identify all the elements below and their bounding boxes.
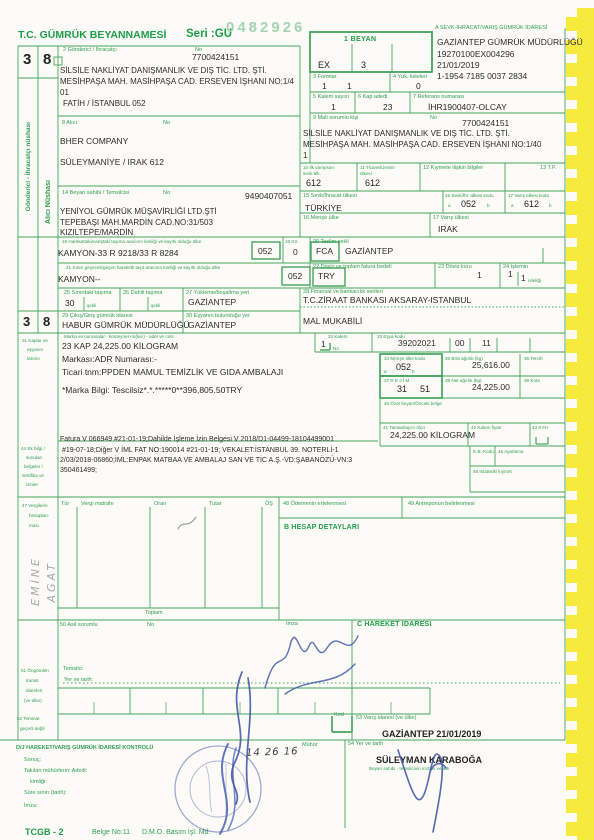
- box22-currency: TRY: [318, 272, 335, 282]
- box32-no-label: No: [333, 346, 339, 351]
- box21-label: 21 Sınırı geçecek/geçen hareketli taşıt …: [66, 265, 220, 270]
- signature-tall: [216, 668, 266, 808]
- box34-origin-code: 052: [396, 362, 411, 372]
- margin-handwriting-2: AGAT: [44, 552, 59, 612]
- box11-label2: ülkesi: [360, 171, 372, 176]
- box23-rate: 1: [477, 271, 482, 281]
- footer-belge-no: Belge No:11: [92, 829, 130, 837]
- box17a-a: a: [511, 203, 514, 208]
- box31-marks-header: Marka ve numaralar - konteyner no(ları) …: [64, 334, 174, 339]
- box34-label: 34 Menşe ülke kodu: [384, 356, 425, 361]
- box9-address: MESİHPAŞA MAH. MASİHPAŞA CAD. ERSEVEN İŞ…: [303, 140, 541, 149]
- box33-hs-code2: 00: [455, 339, 464, 349]
- box53-arrival-office: GAZİANTEP 21/01/2019: [382, 729, 481, 739]
- box31-label: tanımı: [27, 356, 40, 361]
- box1-label: 1 BEYAN: [344, 36, 377, 44]
- box6-label: 6 Kap adedi: [358, 94, 387, 100]
- box27-label: 27 Yükleme/boşaltma yeri: [186, 290, 249, 296]
- box19-label: 19 Ktr.: [285, 239, 298, 244]
- box9-tax-no: 7700424151: [462, 119, 509, 129]
- box39-label: 39 Kota: [524, 378, 540, 383]
- box31-brand-info: *Marka Bilgi: Tescilsiz*.*.*****0**396,8…: [62, 386, 242, 396]
- copy-strip-inner: Alıcı Nüshası: [40, 152, 56, 252]
- box33-hs-code: 39202021: [398, 339, 436, 349]
- box9-address: SİLSİLE NAKLİYAT DANIŞMANLIK VE DIŞ TİC.…: [303, 129, 510, 138]
- box47-col-matrah: Vergi matrahı: [81, 501, 114, 507]
- box30-goods-location: GAZİANTEP: [188, 321, 236, 331]
- margin-handwriting-1: EMİNE: [28, 546, 43, 616]
- box44-label: sertifika ve: [22, 473, 44, 478]
- box31-description: Ticari tnm:PPDEN MAMUL TEMİZLİK VE GIDA …: [62, 368, 283, 378]
- box24-label: 24 İşlemin: [503, 264, 528, 270]
- box47-label: ması: [29, 523, 39, 528]
- box20-place: GAZİANTEP: [345, 247, 393, 257]
- box44-documents: 350461499;: [60, 467, 97, 475]
- box6-value: 23: [383, 103, 392, 113]
- box31-packages: 23 KAP 24,225.00 KİLOGRAM: [62, 342, 178, 352]
- box47-col-tur: Tür: [61, 501, 69, 507]
- box49-label: 49 Antreponun belirlenmesi: [408, 501, 475, 507]
- muhur-adedi-label: Takılan mühürlerin: Adedi:: [24, 768, 87, 774]
- footer-printer: D.M.O. Basım İşl. Md.: [142, 829, 210, 837]
- copy-digit-right: 8: [43, 51, 51, 68]
- box1-value-ex: EX: [318, 60, 330, 70]
- box42-label: 42 Kalem fiyatı: [471, 425, 501, 430]
- box28-payment-method: MAL MUKABİLİ: [303, 317, 362, 327]
- box44-label: izinler: [26, 482, 38, 487]
- box47-label: hesaplan-: [29, 513, 49, 518]
- box2-tax-no: 7700424151: [192, 53, 239, 63]
- box50-no-label: No: [147, 622, 154, 628]
- box17-label: 17 Varış ülkesi: [433, 215, 469, 221]
- box25-label: 25 Sınırdaki taşıma: [64, 290, 111, 296]
- box51-label: 51 Öngörülen: [21, 668, 49, 673]
- box29-label: 29 Çıkış/Giriş gümrük idaresi: [62, 313, 133, 319]
- box7-value: İHR1900407-OLCAY: [428, 103, 507, 113]
- imza-label: İmza:: [24, 803, 37, 809]
- box17-value: IRAK: [438, 225, 458, 235]
- box14-tax-no: 9490407051: [245, 192, 292, 202]
- box11-label: 11 Ticaret/Üretim: [360, 165, 395, 170]
- copy-digit-left-2: 3: [23, 315, 30, 330]
- box24-value1: 1: [508, 270, 513, 280]
- pencil-check-mark: [175, 514, 199, 534]
- box23-label: 23 Döviz kuru: [438, 264, 472, 270]
- box3-label: 3 Formlar: [313, 74, 337, 80]
- box32-item-no: 1: [321, 340, 326, 350]
- box15a-b: b: [487, 203, 490, 208]
- box8-consignee-city: SÜLEYMANİYE / IRAK 612: [60, 158, 164, 168]
- box24-suffix: niteliği: [528, 278, 541, 283]
- box4-value: 0: [416, 82, 421, 92]
- box48-label: 48 Ödemenin ertelenmesi: [283, 501, 346, 507]
- box3-value2: 1: [347, 82, 352, 92]
- box29-customs-office: HABUR GÜMRÜK MÜDÜRLÜĞÜ: [62, 321, 190, 331]
- box2-address: MESİHPAŞA MAH. MASİHPAŞA CAD. ERSEVEN İŞ…: [60, 77, 294, 86]
- box14-address: YENİYOL GÜMRÜK MÜŞAVİRLİĞİ LTD.ŞTİ: [60, 207, 217, 216]
- boxA-line: 19270100EX004296: [437, 50, 515, 60]
- box54-label: 54 Yer ve tarih: [348, 741, 383, 747]
- box15a-label: 15 Sevk/İhr. ülkesi kodu: [445, 193, 494, 198]
- box21-vehicle: KAMYON--: [58, 275, 101, 285]
- box51-label: idareleri: [26, 688, 42, 693]
- box44-documents: 2/03/2018-06860;İML:ENPAK MATBAA VE AMBA…: [60, 457, 352, 465]
- box50-yer-label: Yer ve tarih:: [64, 677, 93, 683]
- box9-address: 1: [303, 151, 307, 160]
- box46-label: 46 İstatistiki kıymet: [473, 469, 512, 474]
- boxA-label: A SEVK-İHRACAT/VARIŞ GÜMRÜK İDARESİ: [435, 25, 547, 31]
- box7-label: 7 Referans numarası: [413, 94, 464, 100]
- box11-value: 612: [365, 178, 380, 188]
- box37-label: 37 R E J İ M: [384, 378, 409, 383]
- box14-label: 14 Beyan sahibi / Temsilcisi: [62, 190, 129, 196]
- kimligi-label: kimliği:: [30, 779, 47, 785]
- box8-consignee-name: BHER COMPANY: [60, 137, 128, 147]
- section-c-label: C HAREKET İDARESİ: [357, 621, 432, 629]
- box52-kod-label: Kod: [334, 712, 344, 718]
- box47-col-os: ÖŞ: [265, 501, 273, 507]
- box51-label: (ve ülke): [24, 698, 42, 703]
- box19-value: 0: [293, 248, 298, 258]
- box18-country-code: 052: [258, 247, 272, 257]
- box37-regime1: 31: [397, 384, 407, 394]
- box9-label: 9 Mali sorumlu kişi: [313, 115, 358, 121]
- box51-label: transit: [26, 678, 39, 683]
- box18-vehicle: KAMYON-33 R 9218/33 R 8284: [58, 249, 178, 259]
- copy-digit-right-2: 8: [43, 315, 50, 330]
- signature-responsible: [255, 616, 365, 706]
- box17a-label: 17 Varış ülkesi kodu: [508, 193, 549, 198]
- box14-address: KIZILTEPE/MARDİN: [60, 228, 133, 237]
- box16-label: 16 Menşe ülke: [303, 215, 339, 221]
- declarant-name: SÜLEYMAN KARABOĞA: [376, 755, 482, 765]
- box10-value: 612: [306, 178, 321, 188]
- box2-address: 01: [60, 88, 69, 97]
- box47-total-label: Toplam: [145, 610, 163, 616]
- box12-label: 12 Kıymete ilişkin bilgiler: [423, 165, 483, 171]
- perforation-notches: [566, 8, 577, 840]
- section-b-label: B HESAP DETAYLARI: [284, 524, 359, 532]
- box15a-value: 052: [461, 199, 476, 209]
- box47-col-tutar: Tutar: [209, 501, 222, 507]
- box25-suffix: şekli: [87, 303, 96, 308]
- box37-regime2: 51: [420, 384, 430, 394]
- box44-documents: #19-07-18;Diğer V İML FAT NO:190014 #21-…: [62, 447, 339, 455]
- box14-address: TEPEBAŞI MAH.MARDİN CAD.NO:31/503: [60, 218, 213, 227]
- box2-address: FATİH / İSTANBUL 052: [63, 99, 146, 108]
- box17a-value: 612: [524, 199, 539, 209]
- box22-label: 22 Döviz ve toplam fatura bedeli: [313, 264, 392, 270]
- copy-strip-outer: Gönderici - İhracatçı nüshası: [20, 88, 36, 246]
- footer-form-code: TCGB - 2: [25, 827, 64, 837]
- boxA-line: GAZİANTEP GÜMRÜK MÜDÜRLÜĞÜ: [437, 38, 583, 48]
- box18-label: 18 Hareketteki/varıştaki taşıma aracının…: [62, 239, 201, 244]
- box2-address: SİLSİLE NAKLİYAT DANIŞMANLIK VE DIŞ TİC.…: [60, 66, 267, 75]
- box3-value1: 1: [322, 82, 327, 92]
- box15a-a: a: [448, 203, 451, 208]
- box53-label: 53 Varış idaresi (ve ülke): [356, 715, 416, 721]
- box44-label: belgeler /: [24, 464, 43, 469]
- muhur-label: Mühür: [302, 742, 318, 748]
- box5-value: 1: [331, 103, 336, 113]
- box26-suffix: şekli: [151, 303, 160, 308]
- box13-label: 13 T.P.: [540, 165, 556, 171]
- box41-supplementary-units: 24,225.00 KİLOGRAM: [390, 431, 475, 441]
- customs-declaration-page: T.C. GÜMRÜK BEYANNAMESİ Seri :GU 0482926…: [0, 0, 594, 840]
- box15-label: 15 Sevk/İhracat ülkesi: [303, 193, 357, 199]
- box33-hs-code3: 11: [482, 339, 491, 349]
- box24-value2: 1: [521, 274, 526, 284]
- boxA-line: 1-1954 7185 0037 2834: [437, 72, 527, 82]
- box1-value-3: 3: [361, 60, 366, 70]
- box40-label: 40 Özet beyan/Önceki belge: [384, 401, 442, 406]
- box28-bank: T.C.ZİRAAT BANKASI AKSARAY-ISTANBUL: [303, 296, 471, 306]
- sonuc-label: Sonuç:: [24, 757, 41, 763]
- box15-value: TÜRKİYE: [305, 204, 342, 214]
- box35-gross-weight: 25,616.00: [472, 361, 510, 371]
- box20-label: 20 Teslim şekli: [313, 239, 349, 245]
- box32-label: 32 Kalem: [328, 334, 347, 339]
- box26-label: 26 Dahili taşıma: [123, 290, 162, 296]
- box36-label: 36 Tercih: [524, 356, 543, 361]
- box44-documents: Fatura V 066949 #21-01-19;Dahilde İşleme…: [60, 436, 334, 444]
- box30-label: 30 Eşyanın bulunduğu yer: [186, 313, 250, 319]
- box54-sub-label: Beyan sahibi - temsilcinin imzası ve adı: [369, 766, 449, 771]
- serial-number: 0482926: [226, 19, 305, 36]
- box52-label: 52 Teminat: [17, 716, 39, 721]
- box8-no-label: No: [163, 120, 170, 126]
- box47-col-oran: Oran: [154, 501, 166, 507]
- box50-label: 50 Asıl sorumlu: [60, 622, 98, 628]
- form-title: T.C. GÜMRÜK BEYANNAMESİ: [18, 29, 166, 41]
- box45-label: 45 Ayarlama: [498, 449, 523, 454]
- sure-siniri-label: Süre sınırı (tarih):: [24, 790, 67, 796]
- box31-label: 31 Kaplar ve: [22, 338, 48, 343]
- box34-a: a: [384, 369, 387, 374]
- box47-label: 47 Vergilerin: [22, 503, 48, 508]
- box50-temsilci-label: Temsilci: [63, 666, 83, 672]
- box8-label: 8 Alıcı: [62, 120, 77, 126]
- box14-no-label: No: [163, 190, 170, 196]
- box44-label: sunulan: [26, 455, 42, 460]
- boxA-line: 21/01/2019: [437, 61, 480, 71]
- box38-net-weight: 24,225.00: [472, 383, 510, 393]
- box20-incoterm: FCA: [316, 247, 333, 257]
- box9-no-label: No: [430, 115, 437, 121]
- box31-marks: Markası:ADR Numarası:-: [62, 355, 157, 365]
- stamp-time-handwritten: 14 26 16: [246, 746, 299, 759]
- box27-place: GAZİANTEP: [188, 298, 236, 308]
- box44-label: 44 Ek bilgi /: [21, 446, 45, 451]
- copy-digit-left: 3: [23, 51, 31, 68]
- box43-label: 43 KYH: [532, 425, 548, 430]
- box4-label: 4 Yük. listeleri: [393, 74, 427, 80]
- box10-label2: sevk ülk.: [303, 171, 321, 176]
- box10-label: 10 İlk varış/son: [303, 165, 334, 170]
- box50-imza-label: İmza: [286, 621, 298, 627]
- box21-country-code: 052: [288, 272, 302, 282]
- box17a-b: b: [549, 203, 552, 208]
- box52-label: geçerli değil: [20, 726, 45, 731]
- box34-b: b: [412, 369, 415, 374]
- box2-label: 2 Gönderici / İhracatçı: [63, 47, 117, 53]
- box31-label: eşyanın: [27, 347, 43, 352]
- eb-kodu-label: E.B. Kodu: [473, 449, 494, 454]
- box25-value: 30: [65, 299, 74, 309]
- section-d-label: D/J HAREKET/VARIŞ GÜMRÜK İDARESİ KONTROL…: [16, 745, 153, 751]
- box5-label: 5 Kalem sayısı: [313, 94, 349, 100]
